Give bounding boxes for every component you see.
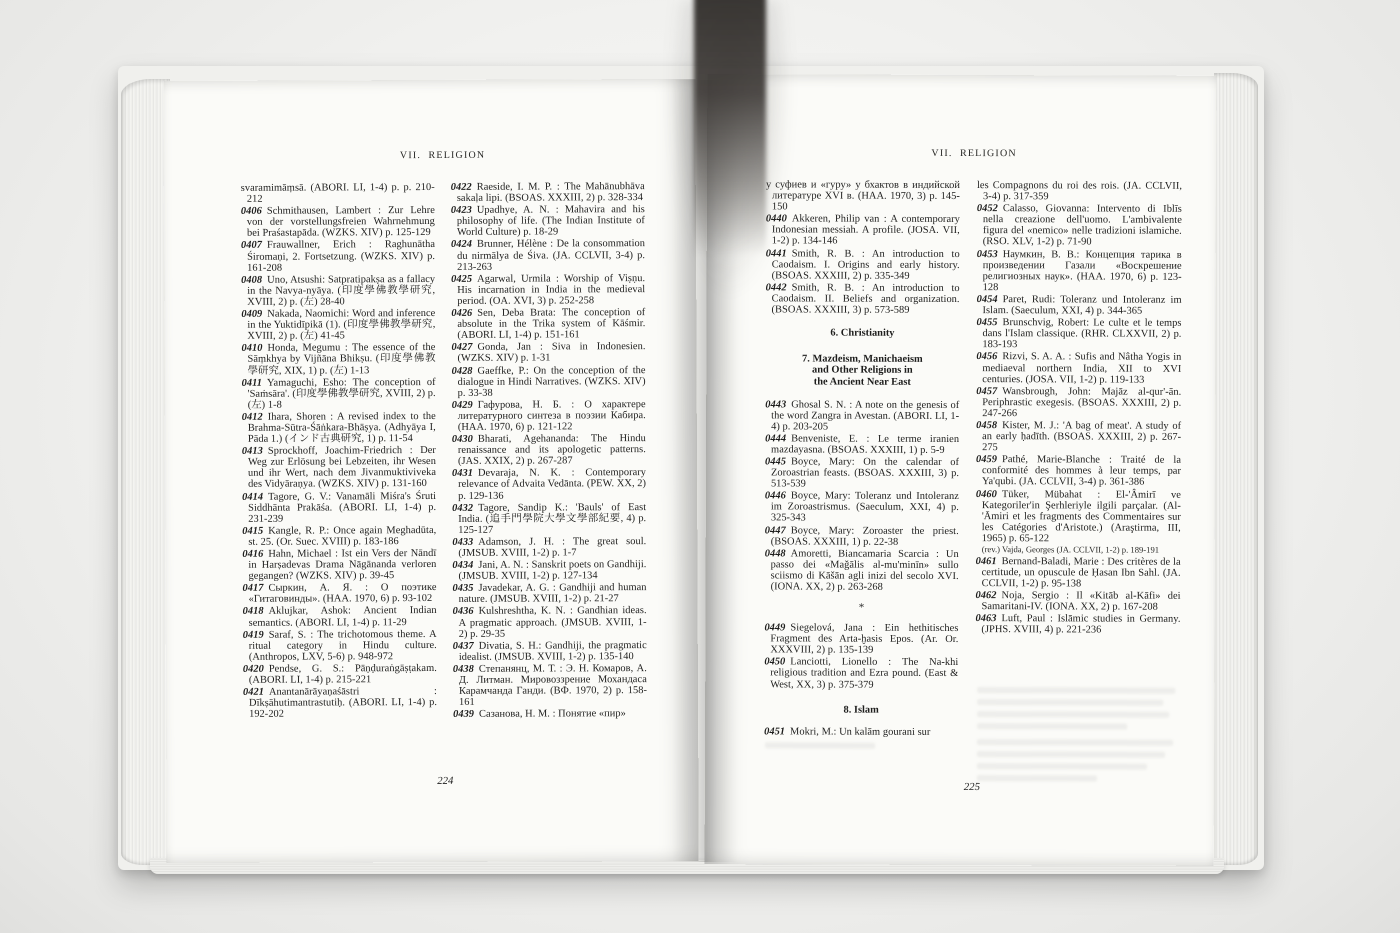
bib-entry: 0433Adamson, J. H. : The great soul. (JM… [452, 536, 646, 559]
bib-entry: 0418Aklujkar, Ashok: Ancient Indian sema… [243, 605, 437, 628]
entry-number: 0411 [242, 377, 262, 388]
bib-entry: 0444Benveniste, E. : Le terme iranien ma… [765, 433, 959, 456]
left-page-header: VII. RELIGION [241, 149, 645, 162]
entry-number: 0437 [453, 641, 474, 652]
entry-number: 0419 [243, 629, 264, 640]
bib-entry: 0435Javadekar, A. G. : Gandhiji and huma… [452, 582, 646, 605]
bib-entry: 0463Luft, Paul : Islāmic studies in Germ… [975, 613, 1180, 636]
entry-number: 0450 [764, 657, 785, 668]
bib-entry: 0451Mokri, M.: Un kalām gourani sur [764, 727, 958, 739]
bib-entry: 0442Smith, R. B. : An introduction to Ca… [766, 282, 960, 316]
left-page-number: 224 [243, 774, 647, 788]
bib-entry: 0428Gaeffke, P.: On the conception of th… [452, 365, 646, 399]
entry-number: 0414 [242, 491, 263, 502]
bib-entry: 0430Bharati, Agehananda: The Hindu renai… [452, 433, 646, 467]
entry-number: 0454 [977, 294, 998, 305]
entry-number: 0427 [451, 342, 472, 353]
section-heading-line: the Ancient Near East [765, 376, 959, 388]
separator-asterisk: * [764, 601, 958, 614]
entry-number: 0430 [452, 434, 473, 445]
bib-entry: 0417Сыркин, А. Я. : О поэтике «Гитаговин… [242, 582, 436, 605]
ghost-showthrough [765, 742, 875, 748]
entry-number: 0416 [242, 549, 263, 560]
entry-number: 0417 [242, 583, 263, 594]
bib-entry: 0453Наумкин, В. В.: Концепция тарика в п… [977, 249, 1182, 294]
entry-number: 0458 [976, 420, 997, 431]
review-note: (rev.) Vajda, Georges (JA. CCLVII, 1-2) … [976, 545, 1181, 555]
entry-number: 0452 [977, 203, 998, 214]
bib-entry: 0445Boyce, Mary: On the calendar of Zoro… [765, 456, 959, 490]
entry-number: 0424 [451, 239, 472, 250]
section-heading-line: 7. Mazdeism, Manichaeism [765, 353, 959, 365]
right-page-header: VII. RELIGION [766, 147, 1182, 159]
bib-entry: 0440Akkeren, Philip van : A contemporary… [766, 214, 960, 248]
entry-number: 0449 [764, 622, 785, 633]
entry-number: 0421 [243, 687, 264, 698]
entry-number: 0415 [242, 526, 263, 537]
entry-number: 0423 [451, 205, 472, 216]
entry-number: 0408 [241, 274, 262, 285]
entry-number: 0425 [451, 274, 472, 285]
section-heading-line: 6. Christianity [765, 327, 959, 339]
bib-entry: 0425Agarwal, Urmila : Worship of Viṣṇu. … [451, 273, 645, 307]
entry-number: 0462 [976, 590, 997, 601]
bib-entry: 0422Raeside, I. M. P. : The Mahānubhāva … [451, 181, 645, 204]
bib-entry: 0450Lanciotti, Lionello : The Na-khi rel… [764, 657, 958, 691]
bib-entry: 0462Noja, Sergio : Il «Kitāb al-Kāfi» de… [976, 590, 1181, 613]
bib-entry: 0456Rizvi, S. A. A. : Sufis and Nâtha Yo… [976, 351, 1181, 385]
spine-backdrop [694, 0, 766, 256]
entry-number: 0428 [452, 365, 473, 376]
bib-entry: 0424Brunner, Hélène : De la consommation… [451, 239, 645, 273]
entry-number: 0444 [765, 433, 786, 444]
text-column: у суфиев и «гуру» у бхактов в индийской … [764, 179, 960, 739]
entry-number: 0451 [764, 727, 785, 738]
bib-entry: 0454Paret, Rudi: Toleranz und Intoleranz… [977, 294, 1182, 317]
bib-entry: 0410Honda, Megumu : The essence of the S… [241, 342, 435, 376]
entry-number: 0453 [977, 249, 998, 260]
bib-entry-continuation: les Compagnons du roi des rois. (JA. CCL… [977, 180, 1182, 203]
entry-number: 0406 [241, 206, 262, 217]
bib-entry: 0407Frauwallner, Erich : Raghunātha Śiro… [241, 239, 435, 273]
entry-number: 0426 [451, 308, 472, 319]
bib-entry: 0423Upadhye, A. N. : Mahavira and his ph… [451, 204, 645, 238]
text-column: 0422Raeside, I. M. P. : The Mahānubhāva … [451, 181, 647, 721]
bib-entry: 0431Devaraja, N. K. : Contemporary relev… [452, 467, 646, 501]
bib-entry: 0429Гафурова, Н. Б. : О характере литера… [452, 399, 646, 433]
entry-number: 0459 [976, 454, 997, 465]
bib-entry: 0413Sprockhoff, Joachim-Friedrich : Der … [242, 445, 436, 490]
bib-entry: 0414Tagore, G. V.: Vanamāli Miśra's Śrut… [242, 491, 436, 525]
entry-number: 0448 [765, 548, 786, 559]
entry-number: 0436 [453, 606, 474, 617]
bib-entry: 0408Uno, Atsushi: Satpratipakṣa as a fal… [241, 274, 435, 308]
ghost-showthrough [977, 739, 1173, 746]
section-heading: 8. Islam [764, 704, 958, 716]
book-photo: VII. RELIGION svaramimāṃsā. (ABORI. LI, … [0, 0, 1400, 933]
entry-number: 0432 [452, 502, 473, 513]
bib-entry: 0439Сазанова, Н. М. : Понятие «пир» [453, 708, 647, 720]
entry-number: 0418 [243, 606, 264, 617]
bib-entry: 0432Tagore, Sandip K.: 'Bauls' of East I… [452, 502, 646, 536]
right-page-text-block: VII. RELIGION у суфиев и «гуру» у бхакто… [764, 147, 1182, 740]
bib-entry: 0447Boyce, Mary: Zoroaster the priest. (… [765, 525, 959, 548]
entry-number: 0433 [452, 537, 473, 548]
section-heading-line: and Other Religions in [765, 365, 959, 377]
bib-entry: 0446Boyce, Mary: Toleranz und Intoleranz… [765, 491, 959, 525]
entry-number: 0439 [453, 709, 474, 720]
bib-entry: 0437Divatia, S. H.: Gandhiji, the pragma… [453, 640, 647, 663]
bib-entry: 0421Anantanārāyaṇaśāstri : Dīkṣāhutimant… [243, 686, 437, 720]
bib-entry: 0458Kister, M. J.: 'A bag of meat'. A st… [976, 420, 1181, 454]
entry-number: 0420 [243, 664, 264, 675]
bib-entry: 0426Sen, Deba Brata: The conception of a… [451, 307, 645, 341]
entry-number: 0447 [765, 525, 786, 536]
entry-number: 0456 [976, 351, 997, 362]
entry-number: 0446 [765, 491, 786, 502]
page-edge-stack-left [121, 79, 170, 865]
entry-number: 0409 [241, 309, 262, 320]
entry-number: 0445 [765, 456, 786, 467]
right-page-number: 225 [764, 780, 1180, 793]
bib-entry: 0460Tüker, Mübahat : El-'Âmirī ve Katego… [976, 489, 1181, 545]
bib-entry: 0420Pendse, G. S.: Pāṇḍuraṅgāṣṭakam. (AB… [243, 663, 437, 686]
entry-number: 0455 [976, 317, 997, 328]
ghost-showthrough [977, 751, 1165, 758]
bib-entry-continuation: у суфиев и «гуру» у бхактов в индийской … [766, 179, 960, 213]
left-page: VII. RELIGION svaramimāṃsā. (ABORI. LI, … [163, 79, 698, 863]
entry-number: 0422 [451, 182, 472, 193]
entry-number: 0413 [242, 446, 263, 457]
bib-entry: 0449Siegelová, Jana : Ein hethitisches F… [764, 622, 958, 656]
text-column: les Compagnons du roi des rois. (JA. CCL… [975, 180, 1182, 740]
bib-entry: 0434Jani, A. N. : Sanskrit poets on Gand… [452, 559, 646, 582]
left-page-text-block: VII. RELIGION svaramimāṃsā. (ABORI. LI, … [241, 149, 647, 722]
bib-entry: 0427Gonda, Jan : Siva in Indonesien. (WZ… [451, 341, 645, 364]
entry-number: 0410 [241, 343, 262, 354]
page-edge-stack-right [1214, 73, 1258, 865]
section-heading: 6. Christianity [765, 327, 959, 339]
bib-entry: 0448Amoretti, Biancamaria Scarcia : Un p… [765, 548, 959, 593]
text-column: svaramimāṃsā. (ABORI. LI, 1-4) p. p. 210… [241, 182, 437, 722]
entry-number: 0443 [765, 399, 786, 410]
entry-number: 0407 [241, 240, 262, 251]
entry-number: 0438 [453, 664, 474, 675]
bib-entry: 0457Wansbrough, John: Majāz al-qur'-ān. … [976, 386, 1181, 420]
bib-entry: 0409Nakada, Naomichi: Word and inference… [241, 308, 435, 342]
bib-entry: 0443Ghosal S. N. : A note on the genesis… [765, 399, 959, 433]
section-heading: 7. Mazdeism, Manichaeismand Other Religi… [765, 353, 959, 388]
left-page-columns: svaramimāṃsā. (ABORI. LI, 1-4) p. p. 210… [241, 181, 647, 722]
section-heading-line: 8. Islam [764, 704, 958, 716]
bib-entry: 0455Brunschvig, Robert: Le culte et le t… [976, 317, 1181, 351]
bib-entry: 0459Pathé, Marie-Blanche : Traité de la … [976, 454, 1181, 488]
bib-entry: 0412Ihara, Shoren : A revised index to t… [242, 411, 436, 445]
entry-number: 0463 [975, 613, 996, 624]
entry-number: 0434 [452, 560, 473, 571]
bib-entry: 0411Yamaguchi, Esho: The conception of '… [242, 377, 436, 411]
entry-number: 0461 [976, 556, 997, 567]
bib-entry: 0406Schmithausen, Lambert : Zur Lehre vo… [241, 205, 435, 239]
bib-entry: 0441Smith, R. B. : An introduction to Ca… [766, 248, 960, 282]
entry-number: 0460 [976, 489, 997, 500]
bib-entry: 0436Kulshreshtha, K. N. : Gandhian ideas… [453, 606, 647, 640]
entry-number: 0435 [452, 583, 473, 594]
bib-entry: 0415Kangle, R. P.: Once again Meghadūta,… [242, 525, 436, 548]
entry-number: 0431 [452, 468, 473, 479]
right-page-columns: у суфиев и «гуру» у бхактов в индийской … [764, 179, 1182, 740]
entry-number: 0457 [976, 386, 997, 397]
bib-entry: 0452Calasso, Giovanna: Intervento di Ibl… [977, 203, 1182, 248]
bib-entry: 0438Степанянц, М. Т. : Э. Н. Комаров, А.… [453, 663, 647, 708]
ghost-showthrough [977, 763, 1147, 770]
bib-entry: 0419Saraf, S. : The trichotomous theme. … [243, 629, 437, 663]
entry-number: 0429 [452, 400, 473, 411]
bib-entry: 0461Bernand-Baladi, Marie : Des critères… [976, 556, 1181, 590]
entry-number: 0412 [242, 412, 263, 423]
bib-entry: 0416Hahn, Michael : Ist ein Vers der Nān… [242, 548, 436, 582]
bib-entry-continuation: svaramimāṃsā. (ABORI. LI, 1-4) p. p. 210… [241, 182, 435, 205]
